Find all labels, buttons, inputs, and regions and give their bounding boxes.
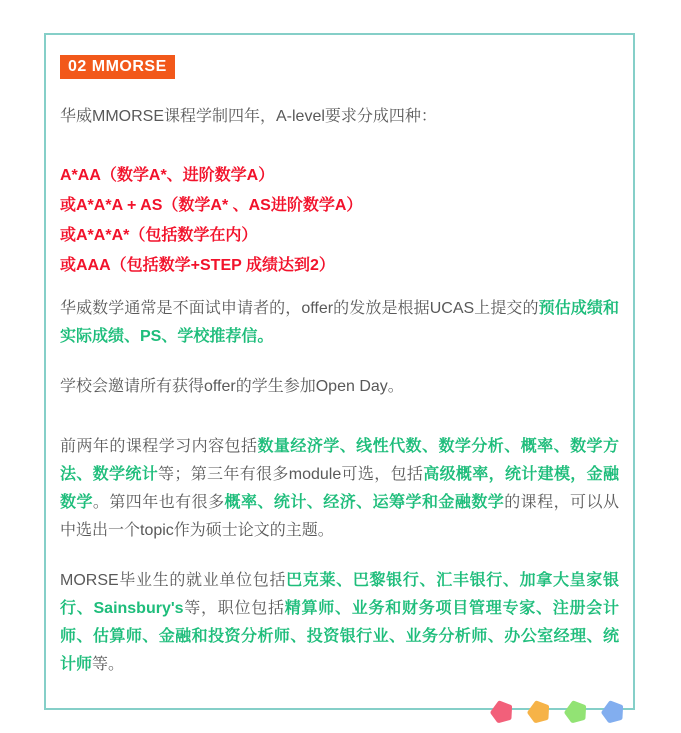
requirement-line: 或A*A*A*（包括数学在内） <box>60 221 619 251</box>
requirement-line: A*AA（数学A*、进阶数学A） <box>60 161 619 191</box>
requirement-line: 或A*A*A + AS（数学A* 、AS进阶数学A） <box>60 191 619 221</box>
text-segment: 等。 <box>92 656 124 673</box>
text-segment: 前两年的课程学习内容包括 <box>60 438 257 455</box>
requirement-line: 或AAA（包括数学+STEP 成绩达到2） <box>60 251 619 281</box>
content-frame: 02 MMORSE 华威MMORSE课程学制四年，A-level要求分成四种： … <box>44 33 635 710</box>
text-segment: MORSE毕业生的就业单位包括 <box>60 572 286 589</box>
careers-paragraph: MORSE毕业生的就业单位包括巴克莱、巴黎银行、汇丰银行、加拿大皇家银行、Sai… <box>60 567 619 679</box>
highlighted-text-segment: 概率、统计、经济、运筹学和金融数学 <box>225 494 505 511</box>
pentagon-blue-icon <box>601 700 625 724</box>
pentagon-green-icon <box>564 700 588 724</box>
text-segment: 等；第三年有很多module可选，包括 <box>158 466 423 483</box>
section-heading: 02 MMORSE <box>60 55 175 79</box>
offer-paragraph: 华威数学通常是不面试申请者的，offer的发放是根据UCAS上提交的预估成绩和实… <box>60 295 619 351</box>
text-segment: 。第四年也有很多 <box>93 494 225 511</box>
article-page: 02 MMORSE 华威MMORSE课程学制四年，A-level要求分成四种： … <box>0 0 681 733</box>
courses-paragraph: 前两年的课程学习内容包括数量经济学、线性代数、数学分析、概率、数学方法、数学统计… <box>60 433 619 545</box>
openday-paragraph: 学校会邀请所有获得offer的学生参加Open Day。 <box>60 373 619 401</box>
pentagon-pink-icon <box>490 700 514 724</box>
decorative-pentagons <box>490 700 625 724</box>
text-segment: 华威数学通常是不面试申请者的，offer的发放是根据UCAS上提交的 <box>60 300 539 317</box>
text-segment: 等，职位包括 <box>184 600 285 617</box>
pentagon-orange-icon <box>527 700 551 724</box>
intro-paragraph: 华威MMORSE课程学制四年，A-level要求分成四种： <box>60 103 619 131</box>
requirements-block: A*AA（数学A*、进阶数学A） 或A*A*A + AS（数学A* 、AS进阶数… <box>60 161 619 281</box>
